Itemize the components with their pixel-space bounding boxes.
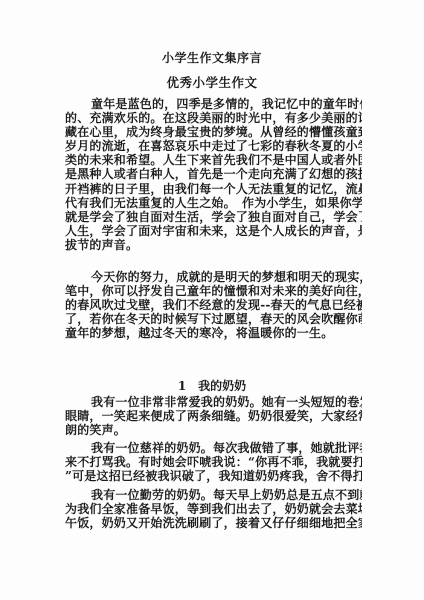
text-line: 我有一位慈祥的奶奶。每次我做错了事，她就批评我几句，从 bbox=[65, 441, 362, 455]
text-line: 的、充满欢乐的。在这段美丽的时光中，有多少美丽的记忆曾经被珍 bbox=[65, 111, 362, 125]
text-line: 代有我们无法重复的人生之始。 作为小学生，如果你学会了写作， bbox=[65, 196, 362, 210]
preface-paragraph-1: 童年是蓝色的，四季是多情的，我记忆中的童年时代也是七彩 的、充满欢乐的。在这段美… bbox=[65, 97, 362, 252]
text-line: 来不打骂我。有时她会吓唬我说：“你再不乖，我就要打你屁股啦。 bbox=[65, 455, 362, 469]
text-line: 人生，学会了面对宇宙和未来，这是个人成长的声音，是春天里生命 bbox=[65, 224, 362, 238]
text-line: 童年的梦想，越过冬天的寒冷，将温暖你的一生。 bbox=[65, 326, 362, 340]
story-body: 我有一位非常非常爱我的奶奶。她有一头短短的卷发，小小的 眼睛，一笑起来便成了两条… bbox=[65, 395, 362, 530]
text-line: 岁月的流逝，在喜怒哀乐中走过了七彩的春秋冬夏的小学生，是全人 bbox=[65, 139, 362, 153]
text-line: 了，若你在冬天的时候写下过愿望，春天的风会吹醒你萌动的新芽， bbox=[65, 312, 362, 326]
text-line: 朗的笑声。 bbox=[65, 423, 362, 437]
text-line: 我有一位勤劳的奶奶。每天早上奶奶总是五点不到就起床了， bbox=[65, 488, 362, 502]
document-page: 小学生作文集序言 优秀小学生作文 童年是蓝色的，四季是多情的，我记忆中的童年时代… bbox=[0, 0, 424, 600]
document-title: 小学生作文集序言 bbox=[0, 51, 424, 65]
text-line: 拔节的声音。 bbox=[65, 238, 362, 252]
text-line: 眼睛，一笑起来便成了两条细缝。奶奶很爱笑，大家经常能听到她爽 bbox=[65, 409, 362, 423]
section-heading: 1我的奶奶 bbox=[0, 379, 424, 393]
section-number: 1 bbox=[178, 379, 186, 393]
text-line: 类的未来和希望。人生下来首先我们不是中国人或者外国人，首先不 bbox=[65, 153, 362, 167]
document-subtitle: 优秀小学生作文 bbox=[0, 76, 424, 90]
text-line: 为我们全家准备早饭，等到我们出去了，奶奶就会去菜场买菜，吃完 bbox=[65, 502, 362, 516]
text-line: 就是学会了独自面对生活，学会了独自面对自己，学会了独自思考 bbox=[65, 210, 362, 224]
text-line: 笔中，你可以抒发自己童年的憧憬和对未来的美好向往，这就像戈壁 bbox=[65, 284, 362, 298]
section-title: 我的奶奶 bbox=[198, 379, 246, 393]
text-line: 今天你的努力，成就的是明天的梦想和明天的现实，稚嫩的文 bbox=[65, 270, 362, 284]
text-line: 童年是蓝色的，四季是多情的，我记忆中的童年时代也是七彩 bbox=[65, 97, 362, 111]
text-line: 我有一位非常非常爱我的奶奶。她有一头短短的卷发，小小的 bbox=[65, 395, 362, 409]
text-line: ”可是这招已经被我识破了，我知道奶奶疼我，舍不得打我的。 bbox=[65, 469, 362, 483]
text-line: 是黑种人或者白种人，首先是一个走向充满了幻想的孩提时代，穿 bbox=[65, 167, 362, 181]
text-line: 午饭，奶奶又开始洗洗刷刷了，接着又仔仔细细地把全家上上下下、 bbox=[65, 516, 362, 530]
text-line: 开裆裤的日子里，由我们每一个人无法重复的记忆，流鼻涕的小学时 bbox=[65, 182, 362, 196]
preface-paragraph-2: 今天你的努力，成就的是明天的梦想和明天的现实，稚嫩的文 笔中，你可以抒发自己童年… bbox=[65, 270, 362, 340]
text-line: 的春风吹过戈壁，我们不经意的发现--春天的气息已经被春风带来 bbox=[65, 298, 362, 312]
text-line: 藏在心里，成为终身最宝贵的梦境。从曾经的懵懂孩童到现在，随着 bbox=[65, 125, 362, 139]
